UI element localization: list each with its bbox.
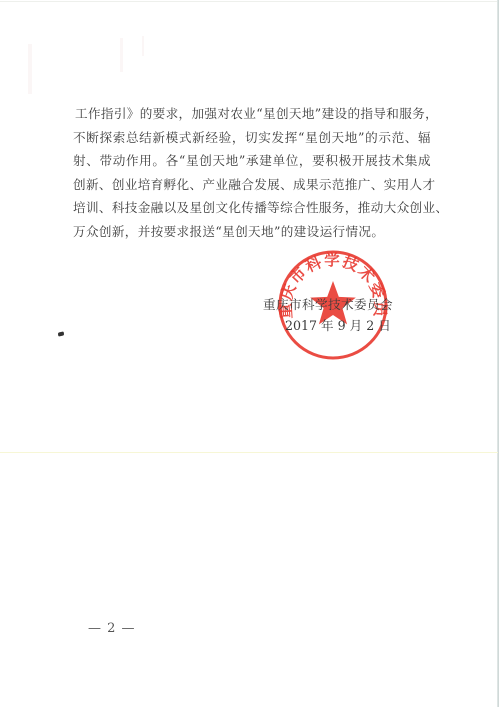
issuer-signature: 重庆市科学技术委员会 (263, 294, 393, 313)
body-line: 不断探索总结新模式新经验，切实发挥“星创天地”的示范、辐 (73, 126, 431, 150)
body-line: 射、带动作用。各“星创天地”承建单位，要积极开展技术集成 (73, 149, 431, 173)
body-line: 创新、创业培育孵化、产业融合发展、成果示范推广、实用人才 (73, 173, 431, 197)
body-line: 工作指引》的要求，加强对农业“星创天地”建设的指导和服务， (73, 102, 431, 126)
page-top-edge (0, 1, 498, 2)
page-right-edge (497, 0, 499, 707)
body-line: 培训、科技金融以及星创文化传播等综合性服务，推动大众创业、 (73, 196, 431, 220)
issue-date: 2017 年 9 月 2 日 (285, 315, 391, 334)
bleed-through-mark (24, 36, 144, 96)
document-body: 工作指引》的要求，加强对农业“星创天地”建设的指导和服务， 不断探索总结新模式新… (73, 102, 435, 244)
body-line: 万众创新，并按要求报送“星创天地”的建设运行情况。 (73, 220, 431, 244)
page-number: — 2 — (88, 621, 136, 636)
scan-speck (58, 332, 65, 337)
scan-fold-line (0, 452, 498, 453)
